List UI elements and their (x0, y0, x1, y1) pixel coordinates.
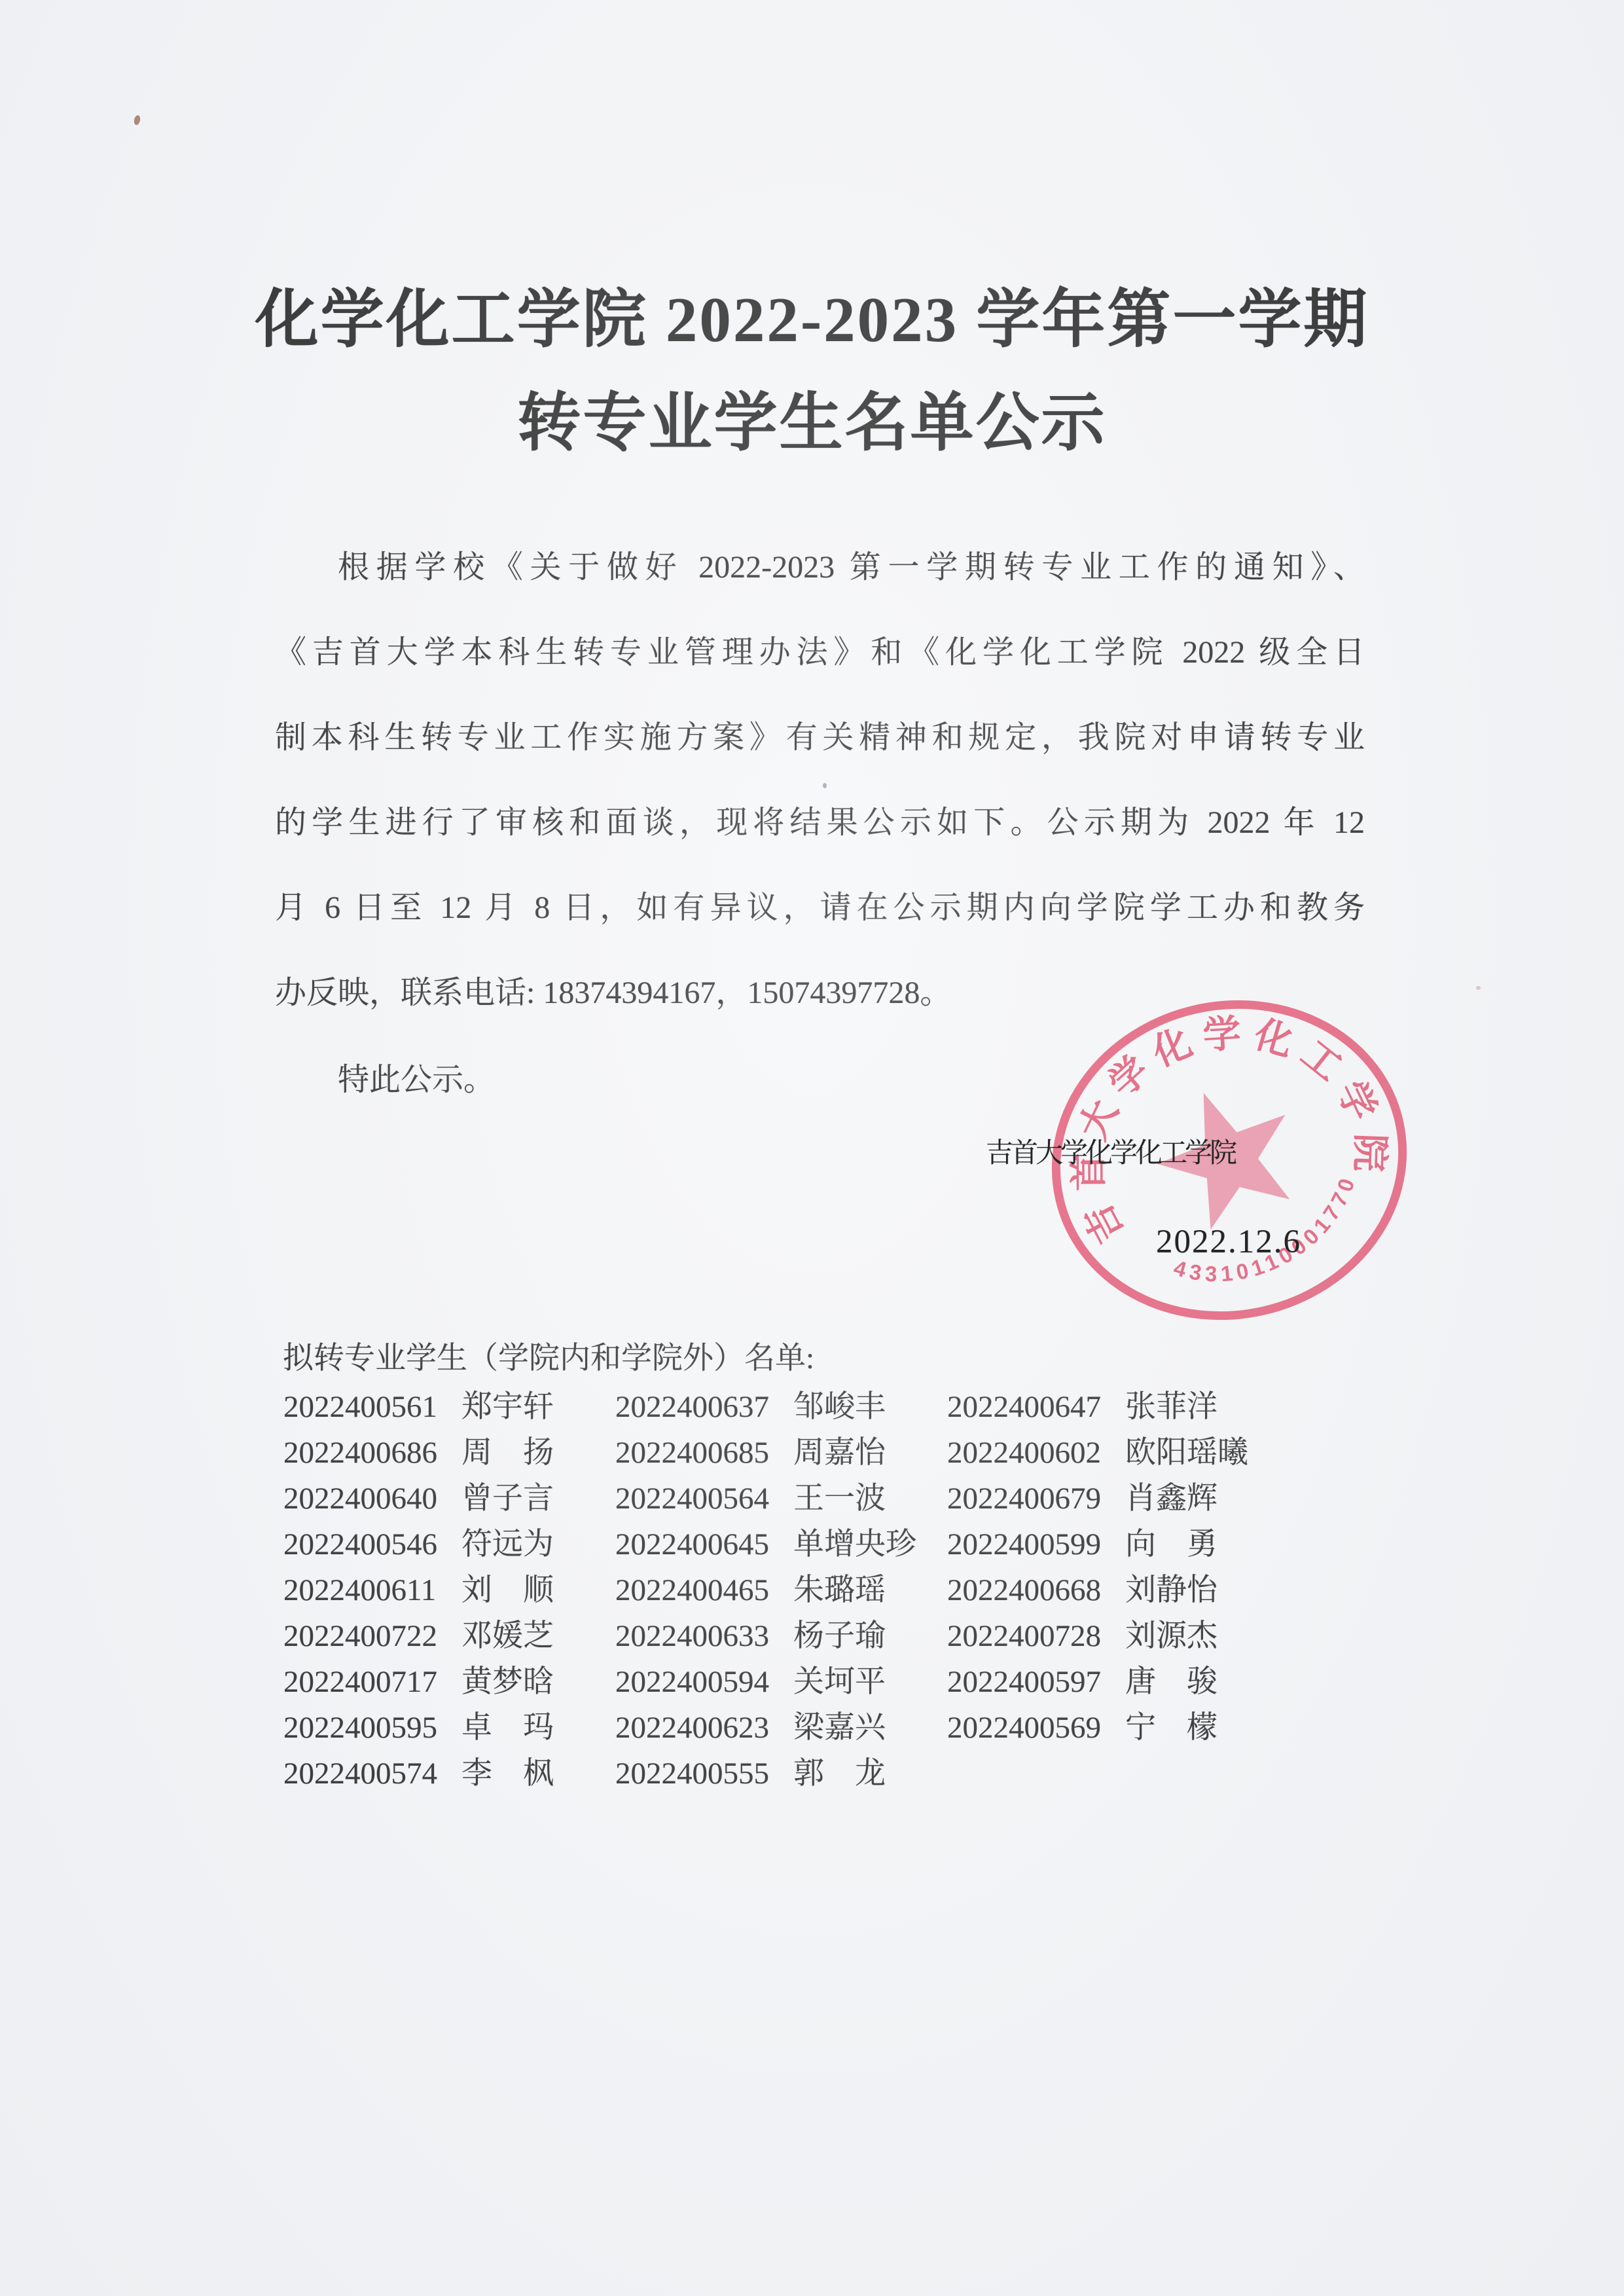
student-name: 郭 龙 (793, 1757, 886, 1791)
student-name: 王一波 (793, 1482, 886, 1516)
roster-entry: 2022400647张菲洋 (947, 1384, 1218, 1430)
roster-row: 2022400546符远为 2022400645单增央珍 2022400599向… (0, 1522, 1624, 1567)
student-id: 2022400574 (283, 1751, 461, 1796)
student-name: 单增央珍 (793, 1527, 916, 1561)
roster-entry: 2022400679肖鑫辉 (947, 1476, 1218, 1522)
roster-entry: 2022400597唐 骏 (947, 1659, 1218, 1705)
student-id: 2022400597 (947, 1659, 1125, 1705)
roster-entry: 2022400561郑宇轩 (283, 1384, 554, 1430)
body-line: 《吉首大学本科生转专业管理办法》和《化学化工学院 2022 级全日 (275, 610, 1365, 695)
student-name: 卓 玛 (461, 1711, 554, 1745)
student-name: 刘源杰 (1125, 1619, 1218, 1653)
student-id: 2022400686 (283, 1430, 461, 1476)
student-id: 2022400599 (947, 1522, 1125, 1567)
student-id: 2022400645 (615, 1522, 793, 1567)
document-title: 化学化工学院 2022-2023 学年第一学期 转专业学生名单公示 (0, 268, 1624, 475)
student-name: 关坷平 (793, 1665, 886, 1699)
roster-entry: 2022400717黄梦晗 (283, 1659, 554, 1705)
student-id: 2022400465 (615, 1567, 793, 1613)
body-line: 根据学校《关于做好 2022-2023 第一学期转专业工作的通知》、 (275, 525, 1365, 610)
student-id: 2022400640 (283, 1476, 461, 1522)
roster-entry: 2022400546符远为 (283, 1522, 554, 1567)
roster-entry: 2022400685周嘉怡 (615, 1430, 886, 1476)
roster-entry: 2022400668刘静怡 (947, 1567, 1218, 1613)
student-id: 2022400564 (615, 1476, 793, 1522)
body-line: 的学生进行了审核和面谈，现将结果公示如下。公示期为 2022 年 12 (275, 780, 1365, 866)
roster-entry: 2022400640曾子言 (283, 1476, 554, 1522)
student-name: 梁嘉兴 (793, 1711, 886, 1745)
student-name: 周嘉怡 (793, 1436, 886, 1470)
student-id: 2022400637 (615, 1384, 793, 1430)
student-name: 黄梦晗 (461, 1665, 554, 1699)
student-roster: 2022400561郑宇轩 2022400637邹峻丰 2022400647张菲… (0, 1384, 1624, 1796)
signature-date: 2022.12.6 (1156, 1223, 1301, 1261)
roster-row: 2022400595卓 玛 2022400623梁嘉兴 2022400569宁 … (0, 1705, 1624, 1751)
student-name: 邓媛芝 (461, 1619, 554, 1653)
roster-entry: 2022400686周 扬 (283, 1430, 554, 1476)
roster-entry: 2022400564王一波 (615, 1476, 886, 1522)
student-name: 刘 顺 (461, 1573, 554, 1607)
student-name: 朱璐瑶 (793, 1573, 886, 1607)
student-id: 2022400685 (615, 1430, 793, 1476)
student-name: 向 勇 (1125, 1527, 1218, 1561)
student-name: 符远为 (461, 1527, 554, 1561)
signature-org: 吉首大学化学化工学院 (986, 1131, 1235, 1171)
student-id: 2022400647 (947, 1384, 1125, 1430)
roster-entry: 2022400594关坷平 (615, 1659, 886, 1705)
student-id: 2022400722 (283, 1613, 461, 1659)
roster-entry: 2022400595卓 玛 (283, 1705, 554, 1751)
student-name: 杨子瑜 (793, 1619, 886, 1653)
student-name: 张菲洋 (1125, 1390, 1218, 1424)
roster-entry: 2022400637邹峻丰 (615, 1384, 886, 1430)
roster-row: 2022400686周 扬 2022400685周嘉怡 2022400602欧阳… (0, 1430, 1624, 1476)
student-name: 郑宇轩 (461, 1390, 554, 1424)
student-id: 2022400569 (947, 1705, 1125, 1751)
student-id: 2022400679 (947, 1476, 1125, 1522)
student-id: 2022400546 (283, 1522, 461, 1567)
student-id: 2022400633 (615, 1613, 793, 1659)
scan-speck (1476, 986, 1481, 990)
roster-entry: 2022400465朱璐瑶 (615, 1567, 886, 1613)
student-name: 肖鑫辉 (1125, 1482, 1218, 1516)
roster-entry: 2022400623梁嘉兴 (615, 1705, 886, 1751)
student-id: 2022400595 (283, 1705, 461, 1751)
student-name: 宁 檬 (1125, 1711, 1218, 1745)
roster-entry: 2022400645单增央珍 (615, 1522, 916, 1567)
student-id: 2022400594 (615, 1659, 793, 1705)
student-id: 2022400717 (283, 1659, 461, 1705)
roster-header: 拟转专业学生（学院内和学院外）名单: (283, 1339, 814, 1377)
roster-entry: 2022400602欧阳瑶曦 (947, 1430, 1248, 1476)
roster-row: 2022400722邓媛芝 2022400633杨子瑜 2022400728刘源… (0, 1613, 1624, 1659)
student-name: 邹峻丰 (793, 1390, 886, 1424)
student-id: 2022400728 (947, 1613, 1125, 1659)
student-name: 周 扬 (461, 1436, 554, 1470)
scanned-document-page: 化学化工学院 2022-2023 学年第一学期 转专业学生名单公示 根据学校《关… (0, 0, 1624, 2296)
roster-row: 2022400611刘 顺 2022400465朱璐瑶 2022400668刘静… (0, 1567, 1624, 1613)
title-line-1: 化学化工学院 2022-2023 学年第一学期 (0, 268, 1624, 372)
student-id: 2022400623 (615, 1705, 793, 1751)
roster-row: 2022400574李 枫 2022400555郭 龙 (0, 1751, 1624, 1796)
student-name: 李 枫 (461, 1757, 554, 1791)
student-name: 曾子言 (461, 1482, 554, 1516)
title-line-2: 转专业学生名单公示 (0, 372, 1624, 475)
roster-entry: 2022400569宁 檬 (947, 1705, 1218, 1751)
roster-row: 2022400717黄梦晗 2022400594关坷平 2022400597唐 … (0, 1659, 1624, 1705)
body-paragraph: 根据学校《关于做好 2022-2023 第一学期转专业工作的通知》、 《吉首大学… (275, 525, 1365, 1036)
roster-entry: 2022400555郭 龙 (615, 1751, 886, 1796)
roster-entry: 2022400633杨子瑜 (615, 1613, 886, 1659)
closing-phrase: 特此公示。 (338, 1038, 495, 1123)
body-line: 制本科生转专业工作实施方案》有关精神和规定，我院对申请转专业 (275, 695, 1365, 780)
student-id: 2022400561 (283, 1384, 461, 1430)
roster-entry: 2022400599向 勇 (947, 1522, 1218, 1567)
student-id: 2022400555 (615, 1751, 793, 1796)
roster-row: 2022400640曾子言 2022400564王一波 2022400679肖鑫… (0, 1476, 1624, 1522)
roster-entry: 2022400722邓媛芝 (283, 1613, 554, 1659)
student-name: 刘静怡 (1125, 1573, 1218, 1607)
student-id: 2022400602 (947, 1430, 1125, 1476)
student-id: 2022400668 (947, 1567, 1125, 1613)
student-name: 唐 骏 (1125, 1665, 1218, 1699)
roster-entry: 2022400574李 枫 (283, 1751, 554, 1796)
scan-speck (823, 783, 827, 788)
roster-entry: 2022400728刘源杰 (947, 1613, 1218, 1659)
scan-speck (134, 115, 141, 126)
roster-entry: 2022400611刘 顺 (283, 1567, 554, 1613)
student-name: 欧阳瑶曦 (1125, 1436, 1248, 1470)
roster-row: 2022400561郑宇轩 2022400637邹峻丰 2022400647张菲… (0, 1384, 1624, 1430)
student-id: 2022400611 (283, 1567, 461, 1613)
body-line: 月 6 日至 12 月 8 日，如有异议，请在公示期内向学院学工办和教务 (275, 866, 1365, 951)
